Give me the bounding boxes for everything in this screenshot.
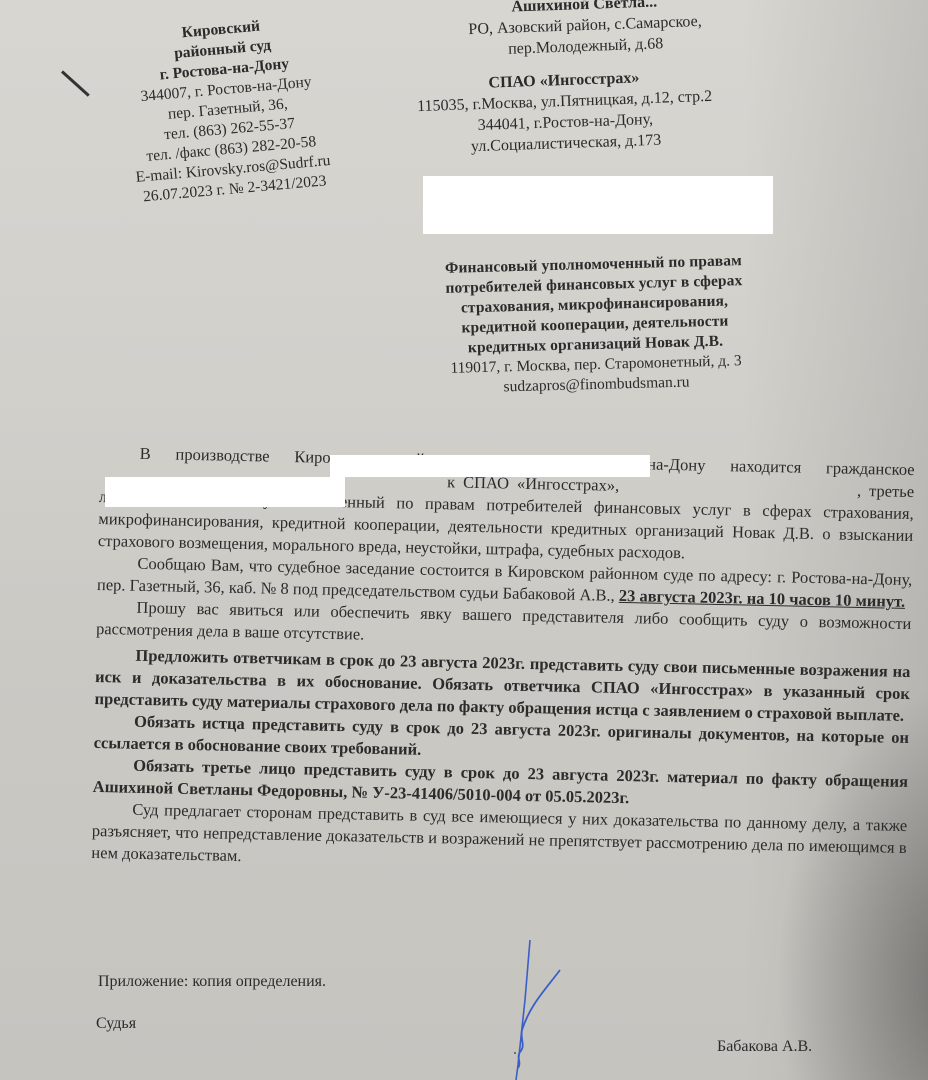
pen-mark	[61, 70, 90, 96]
signature-icon	[470, 940, 590, 1080]
recipient-ombudsman: Финансовый уполномоченный по правам потр…	[393, 250, 797, 400]
redaction-box	[105, 477, 345, 507]
attachment-note: Приложение: копия определения.	[98, 973, 326, 991]
judge-name: Бабакова А.В.	[717, 1038, 812, 1056]
redaction-box	[423, 176, 773, 234]
recipient-plaintiff: Ашихиной Светла... РО, Азовский район, с…	[434, 0, 736, 62]
redaction-box	[330, 455, 650, 477]
court-header: Кировский районный суд г. Ростова-на-Дон…	[100, 10, 355, 210]
recipient-defendant: СПАО «Ингосстрах» 115035, г.Москва, ул.П…	[399, 64, 732, 159]
document-body: В производстве Кировского районного суда…	[91, 442, 915, 881]
judge-label: Судья	[96, 1015, 136, 1033]
